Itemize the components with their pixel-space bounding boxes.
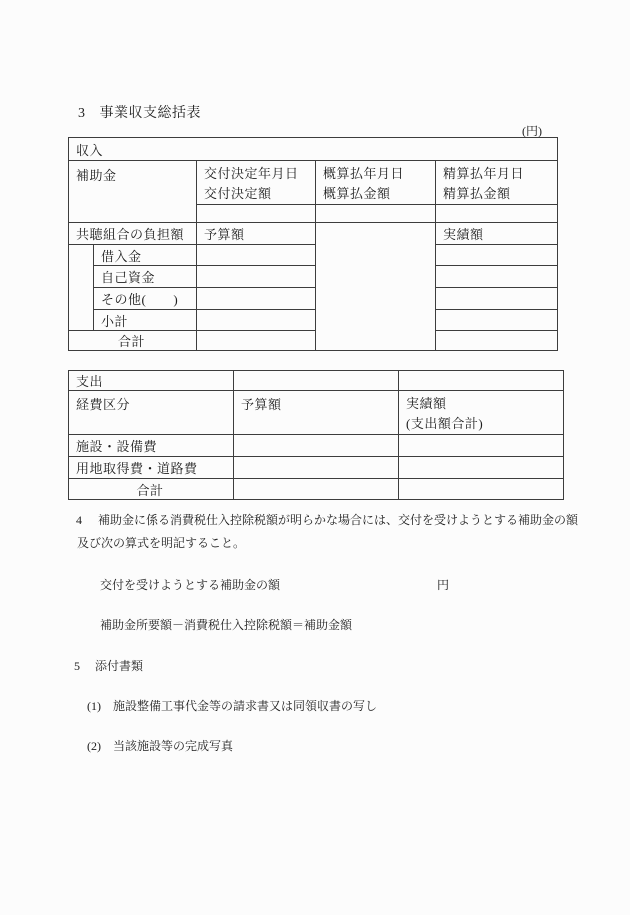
table-row: 経費区分 予算額 実績額 (支出額合計) bbox=[69, 391, 564, 435]
budget-value-cell bbox=[197, 310, 316, 331]
section4-line2: 及び次の算式を明記すること。 bbox=[77, 534, 245, 551]
provisional-payment-header-cell: 概算払年月日 概算払金額 bbox=[316, 161, 436, 205]
table-row: その他( ) bbox=[69, 288, 558, 310]
actual-value-cell bbox=[399, 457, 564, 479]
actual-value-cell bbox=[436, 288, 558, 310]
section4-line1: 4補助金に係る消費税仕入控除税額が明らかな場合には、交付を受けようとする補助金の… bbox=[76, 511, 578, 528]
attachment-item-1-text: 施設整備工事代金等の請求書又は同領収書の写し bbox=[113, 699, 377, 713]
budget-value-cell bbox=[197, 245, 316, 266]
grant-decision-date-label: 交付決定年月日 bbox=[204, 164, 313, 184]
land-road-label-cell: 用地取得費・道路費 bbox=[69, 457, 234, 479]
grant-decision-header-cell: 交付決定年月日 交付決定額 bbox=[197, 161, 316, 205]
grant-decision-amount-label: 交付決定額 bbox=[204, 184, 313, 204]
budget-value-cell bbox=[234, 435, 399, 457]
table-row: 収入 bbox=[69, 138, 558, 161]
table-row: 借入金 bbox=[69, 245, 558, 266]
provisional-payment-amount-label: 概算払金額 bbox=[323, 184, 433, 204]
table-row: 合計 bbox=[69, 331, 558, 351]
expense-total-label-cell: 合計 bbox=[69, 479, 234, 500]
actual-value-cell bbox=[436, 310, 558, 331]
budget-value-cell bbox=[197, 288, 316, 310]
subsidy-value-cell bbox=[316, 205, 436, 223]
expense-table: 支出 経費区分 予算額 実績額 (支出額合計) 施設・設備費 用地取得費・道路費… bbox=[68, 370, 564, 500]
loan-label-cell: 借入金 bbox=[94, 245, 197, 266]
expense-total-note-label: (支出額合計) bbox=[406, 414, 561, 434]
empty-cell bbox=[399, 371, 564, 391]
income-total-label-cell: 合計 bbox=[69, 331, 197, 351]
expense-category-header-cell: 経費区分 bbox=[69, 391, 234, 435]
income-table: 収入 補助金 交付決定年月日 交付決定額 概算払年月日 概算払金額 精算払年月日… bbox=[68, 137, 558, 351]
actual-label: 実績額 bbox=[406, 394, 561, 414]
budget-total-value-cell bbox=[234, 479, 399, 500]
income-header-cell: 収入 bbox=[69, 138, 558, 161]
actual-total-value-cell bbox=[436, 331, 558, 351]
empty-cell bbox=[234, 371, 399, 391]
actual-value-cell bbox=[399, 435, 564, 457]
grant-amount-label: 交付を受けようとする補助金の額 bbox=[100, 576, 280, 593]
settlement-payment-header-cell: 精算払年月日 精算払金額 bbox=[436, 161, 558, 205]
section4-line1-text: 補助金に係る消費税仕入控除税額が明らかな場合には、交付を受けようとする補助金の額 bbox=[98, 513, 578, 527]
subsidy-label-cell: 補助金 bbox=[69, 161, 197, 223]
table-row: 用地取得費・道路費 bbox=[69, 457, 564, 479]
table-row: 施設・設備費 bbox=[69, 435, 564, 457]
settlement-payment-date-label: 精算払年月日 bbox=[443, 164, 555, 184]
union-burden-label-cell: 共聴組合の負担額 bbox=[69, 223, 197, 245]
subtotal-label-cell: 小計 bbox=[94, 310, 197, 331]
section5-title: 添付書類 bbox=[95, 659, 143, 673]
expense-actual-header-cell: 実績額 (支出額合計) bbox=[399, 391, 564, 435]
other-label-cell: その他( ) bbox=[94, 288, 197, 310]
attachment-item-2-number: (2) bbox=[87, 739, 101, 753]
expense-budget-header-cell: 予算額 bbox=[234, 391, 399, 435]
section5-heading: 5添付書類 bbox=[74, 657, 143, 674]
budget-label-cell: 予算額 bbox=[197, 223, 316, 245]
own-funds-label-cell: 自己資金 bbox=[94, 266, 197, 288]
facility-equipment-label-cell: 施設・設備費 bbox=[69, 435, 234, 457]
table-row: 支出 bbox=[69, 371, 564, 391]
section3-heading: 3事業収支総括表 bbox=[78, 102, 201, 122]
section5-number: 5 bbox=[74, 659, 80, 673]
merged-empty-cell bbox=[316, 223, 436, 351]
table-row: 補助金 交付決定年月日 交付決定額 概算払年月日 概算払金額 精算払年月日 精算… bbox=[69, 161, 558, 205]
actual-total-value-cell bbox=[399, 479, 564, 500]
section3-number: 3 bbox=[78, 106, 86, 121]
budget-value-cell bbox=[234, 457, 399, 479]
actual-value-cell bbox=[436, 266, 558, 288]
table-row: 自己資金 bbox=[69, 266, 558, 288]
expense-header-cell: 支出 bbox=[69, 371, 234, 391]
subsidy-formula: 補助金所要額－消費税仕入控除税額＝補助金額 bbox=[100, 616, 352, 633]
table-row: 合計 bbox=[69, 479, 564, 500]
budget-total-value-cell bbox=[197, 331, 316, 351]
subsidy-value-cell bbox=[197, 205, 316, 223]
actual-value-cell bbox=[436, 245, 558, 266]
subsidy-value-cell bbox=[436, 205, 558, 223]
table-row: 共聴組合の負担額 予算額 実績額 bbox=[69, 223, 558, 245]
budget-value-cell bbox=[197, 266, 316, 288]
section4-number: 4 bbox=[76, 513, 82, 527]
indent-strip-cell bbox=[69, 245, 94, 331]
attachment-item-1-number: (1) bbox=[87, 699, 101, 713]
section3-title: 事業収支総括表 bbox=[100, 106, 202, 121]
grant-amount-unit: 円 bbox=[437, 576, 449, 593]
attachment-item-2-text: 当該施設等の完成写真 bbox=[113, 739, 233, 753]
actual-label-cell: 実績額 bbox=[436, 223, 558, 245]
table-row: 小計 bbox=[69, 310, 558, 331]
document-page: 3事業収支総括表 (円) 収入 補助金 交付決定年月日 交付決定額 概算払年月日… bbox=[0, 0, 630, 915]
attachment-item-2: (2)当該施設等の完成写真 bbox=[87, 737, 233, 754]
attachment-item-1: (1)施設整備工事代金等の請求書又は同領収書の写し bbox=[87, 697, 377, 714]
settlement-payment-amount-label: 精算払金額 bbox=[443, 184, 555, 204]
provisional-payment-date-label: 概算払年月日 bbox=[323, 164, 433, 184]
